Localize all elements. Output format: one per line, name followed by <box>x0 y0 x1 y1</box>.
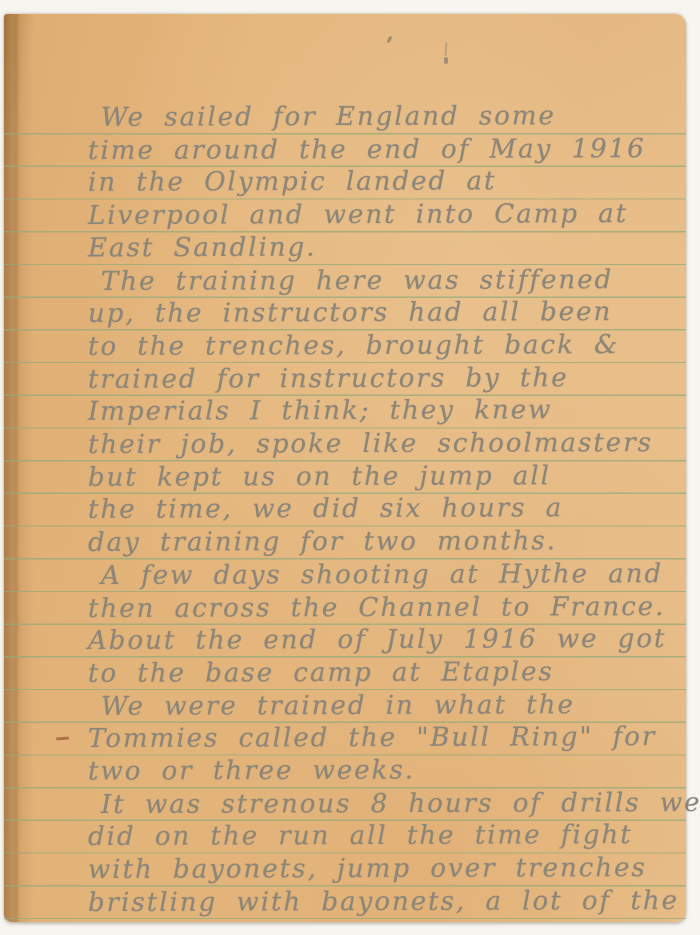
handwritten-line: to the trenches, brought back & <box>88 330 619 362</box>
handwritten-line: did on the run all the time fight <box>88 820 633 852</box>
handwritten-line: Imperials I think; they knew <box>88 395 552 427</box>
photo-backdrop: { "document": { "kind": "handwritten-not… <box>0 0 700 935</box>
handwritten-line: bristling with bayonets, a lot of the <box>88 886 679 918</box>
handwritten-line: The training here was stiffened <box>101 265 613 297</box>
handwritten-line: to the base camp at Etaples <box>88 657 554 689</box>
handwritten-line: in the Olympic landed at <box>88 167 496 198</box>
handwritten-line: day training for two months. <box>88 526 557 558</box>
notebook-page: We sailed for England some time around t… <box>4 14 686 922</box>
handwriting-layer: We sailed for England some time around t… <box>4 14 686 922</box>
ink-speck <box>444 57 448 64</box>
handwritten-line: time around the end of May 1916 <box>88 134 646 166</box>
handwritten-line: We were trained in what the <box>101 690 575 722</box>
handwritten-line: two or three weeks. <box>88 755 415 786</box>
handwritten-line: but kept us on the jump all <box>88 461 551 493</box>
handwritten-line: up, the instructors had all been <box>88 297 612 329</box>
handwritten-line: East Sandling. <box>88 232 317 263</box>
handwritten-line: About the end of July 1916 we got <box>88 624 667 656</box>
handwritten-line: A few days shooting at Hythe and <box>101 559 663 591</box>
handwritten-line: their job, spoke like schoolmasters <box>88 428 653 460</box>
handwritten-line: the time, we did six hours a <box>88 494 563 526</box>
handwritten-line: trained for instructors by the <box>88 363 569 395</box>
handwritten-line: We sailed for England some <box>101 101 556 133</box>
handwritten-line: Liverpool and went into Camp at <box>88 199 628 231</box>
handwritten-line: It was strenous 8 hours of drills we <box>101 788 700 820</box>
handwritten-line: with bayonets, jump over trenches <box>88 853 647 885</box>
handwritten-line: Tommies called the "Bull Ring" for <box>88 722 656 754</box>
handwritten-line: then across the Channel to France. <box>88 591 666 623</box>
